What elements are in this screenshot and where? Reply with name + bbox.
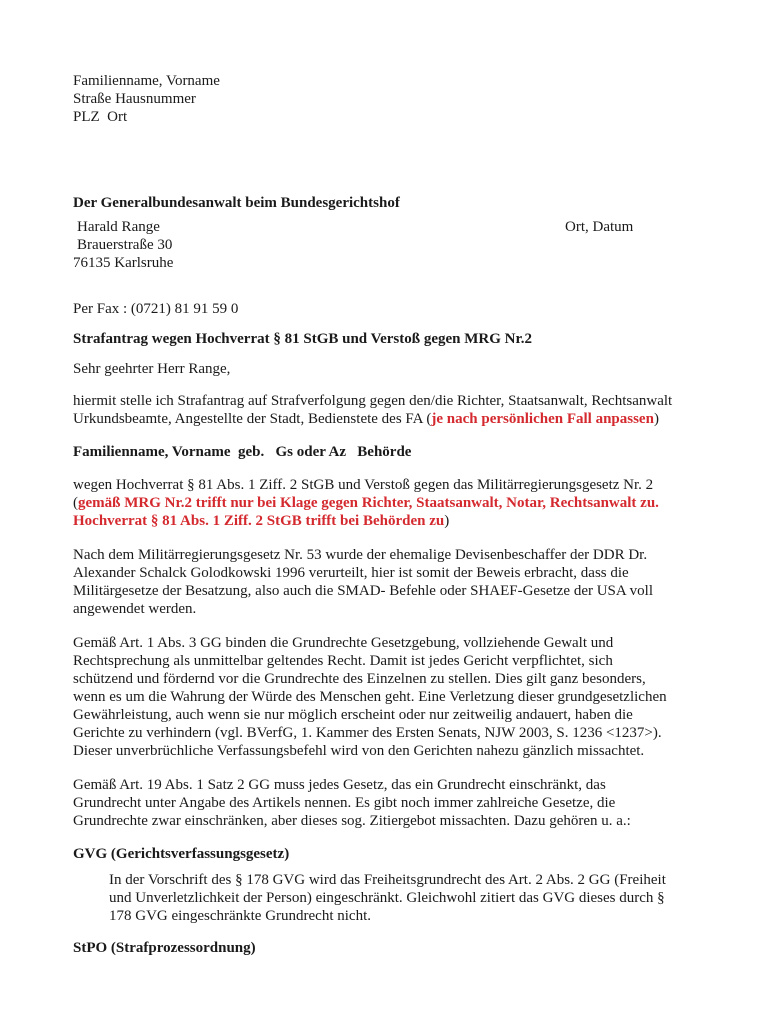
subject-line: Strafantrag wegen Hochverrat § 81 StGB u… <box>73 330 713 348</box>
recipient-city: 76135 Karlsruhe <box>73 254 713 272</box>
letter-page: Familienname, Vorname Straße Hausnummer … <box>73 72 713 957</box>
gvg-paragraph: In der Vorschrift des § 178 GVG wird das… <box>109 871 713 925</box>
paragraph-line: Nach dem Militärregierungsgesetz Nr. 53 … <box>73 546 713 564</box>
paragraph-line: angewendet werden. <box>73 600 713 618</box>
recipient-street: Brauerstraße 30 <box>73 236 713 254</box>
paragraph-line: Dieser unverbrüchliche Verfassungsbefehl… <box>73 742 713 760</box>
place-date: Ort, Datum <box>565 218 633 236</box>
intro-paragraph: hiermit stelle ich Strafantrag auf Straf… <box>73 392 713 428</box>
paragraph-line: Grundrecht unter Angabe des Artikels nen… <box>73 794 713 812</box>
paragraph-line: 178 GVG eingeschränkte Grundrecht nicht. <box>109 907 713 925</box>
recipient-block: Der Generalbundesanwalt beim Bundesgeric… <box>73 194 713 272</box>
intro-line-2-text: Urkundsbeamte, Angestellte der Stadt, Be… <box>73 411 431 427</box>
charge-paragraph: wegen Hochverrat § 81 Abs. 1 Ziff. 2 StG… <box>73 476 713 530</box>
paragraph-art19: Gemäß Art. 19 Abs. 1 Satz 2 GG muss jede… <box>73 776 713 830</box>
charge-line-1: wegen Hochverrat § 81 Abs. 1 Ziff. 2 StG… <box>73 476 713 494</box>
intro-line-2: Urkundsbeamte, Angestellte der Stadt, Be… <box>73 410 713 428</box>
salutation: Sehr geehrter Herr Range, <box>73 360 713 378</box>
charge-note-1: gemäß MRG Nr.2 trifft nur bei Klage gege… <box>78 495 659 511</box>
stpo-heading: StPO (Strafprozessordnung) <box>73 939 713 957</box>
recipient-authority: Der Generalbundesanwalt beim Bundesgeric… <box>73 194 713 212</box>
paragraph-line: schützend und fördernd vor die Grundrech… <box>73 670 713 688</box>
paragraph-line: Rechtsprechung als unmittelbar geltendes… <box>73 652 713 670</box>
intro-line-1: hiermit stelle ich Strafantrag auf Straf… <box>73 392 713 410</box>
intro-line-2-close: ) <box>654 411 659 427</box>
paragraph-mrg53: Nach dem Militärregierungsgesetz Nr. 53 … <box>73 546 713 618</box>
paragraph-line: Gewährleistung, auch wenn sie nur möglic… <box>73 706 713 724</box>
intro-adjust-note: je nach persönlichen Fall anpassen <box>431 411 654 427</box>
paragraph-line: Grundrechte zwar einschränken, aber dies… <box>73 812 713 830</box>
paragraph-art1: Gemäß Art. 1 Abs. 3 GG binden die Grundr… <box>73 634 713 760</box>
paragraph-line: In der Vorschrift des § 178 GVG wird das… <box>109 871 713 889</box>
paragraph-line: Gerichte zu verhindern (vgl. BVerfG, 1. … <box>73 724 713 742</box>
charge-close-paren: ) <box>444 513 449 529</box>
charge-line-3: Hochverrat § 81 Abs. 1 Ziff. 2 StGB trif… <box>73 512 713 530</box>
charge-note-2: Hochverrat § 81 Abs. 1 Ziff. 2 StGB trif… <box>73 513 444 529</box>
gvg-heading: GVG (Gerichtsverfassungsgesetz) <box>73 845 713 863</box>
sender-street: Straße Hausnummer <box>73 90 713 108</box>
paragraph-line: und Unverletzlichkeit der Person) einges… <box>109 889 713 907</box>
paragraph-line: Alexander Schalck Golodkowski 1996 verur… <box>73 564 713 582</box>
sender-city: PLZ Ort <box>73 108 713 126</box>
charge-line-2: (gemäß MRG Nr.2 trifft nur bei Klage geg… <box>73 494 713 512</box>
sender-name: Familienname, Vorname <box>73 72 713 90</box>
paragraph-line: Gemäß Art. 19 Abs. 1 Satz 2 GG muss jede… <box>73 776 713 794</box>
sender-block: Familienname, Vorname Straße Hausnummer … <box>73 72 713 126</box>
paragraph-line: Militärgesetze der Besatzung, also auch … <box>73 582 713 600</box>
accused-line: Familienname, Vorname geb. Gs oder Az Be… <box>73 443 713 461</box>
paragraph-line: wenn es um die Wahrung der Würde des Men… <box>73 688 713 706</box>
fax-line: Per Fax : (0721) 81 91 59 0 <box>73 300 713 318</box>
paragraph-line: Gemäß Art. 1 Abs. 3 GG binden die Grundr… <box>73 634 713 652</box>
